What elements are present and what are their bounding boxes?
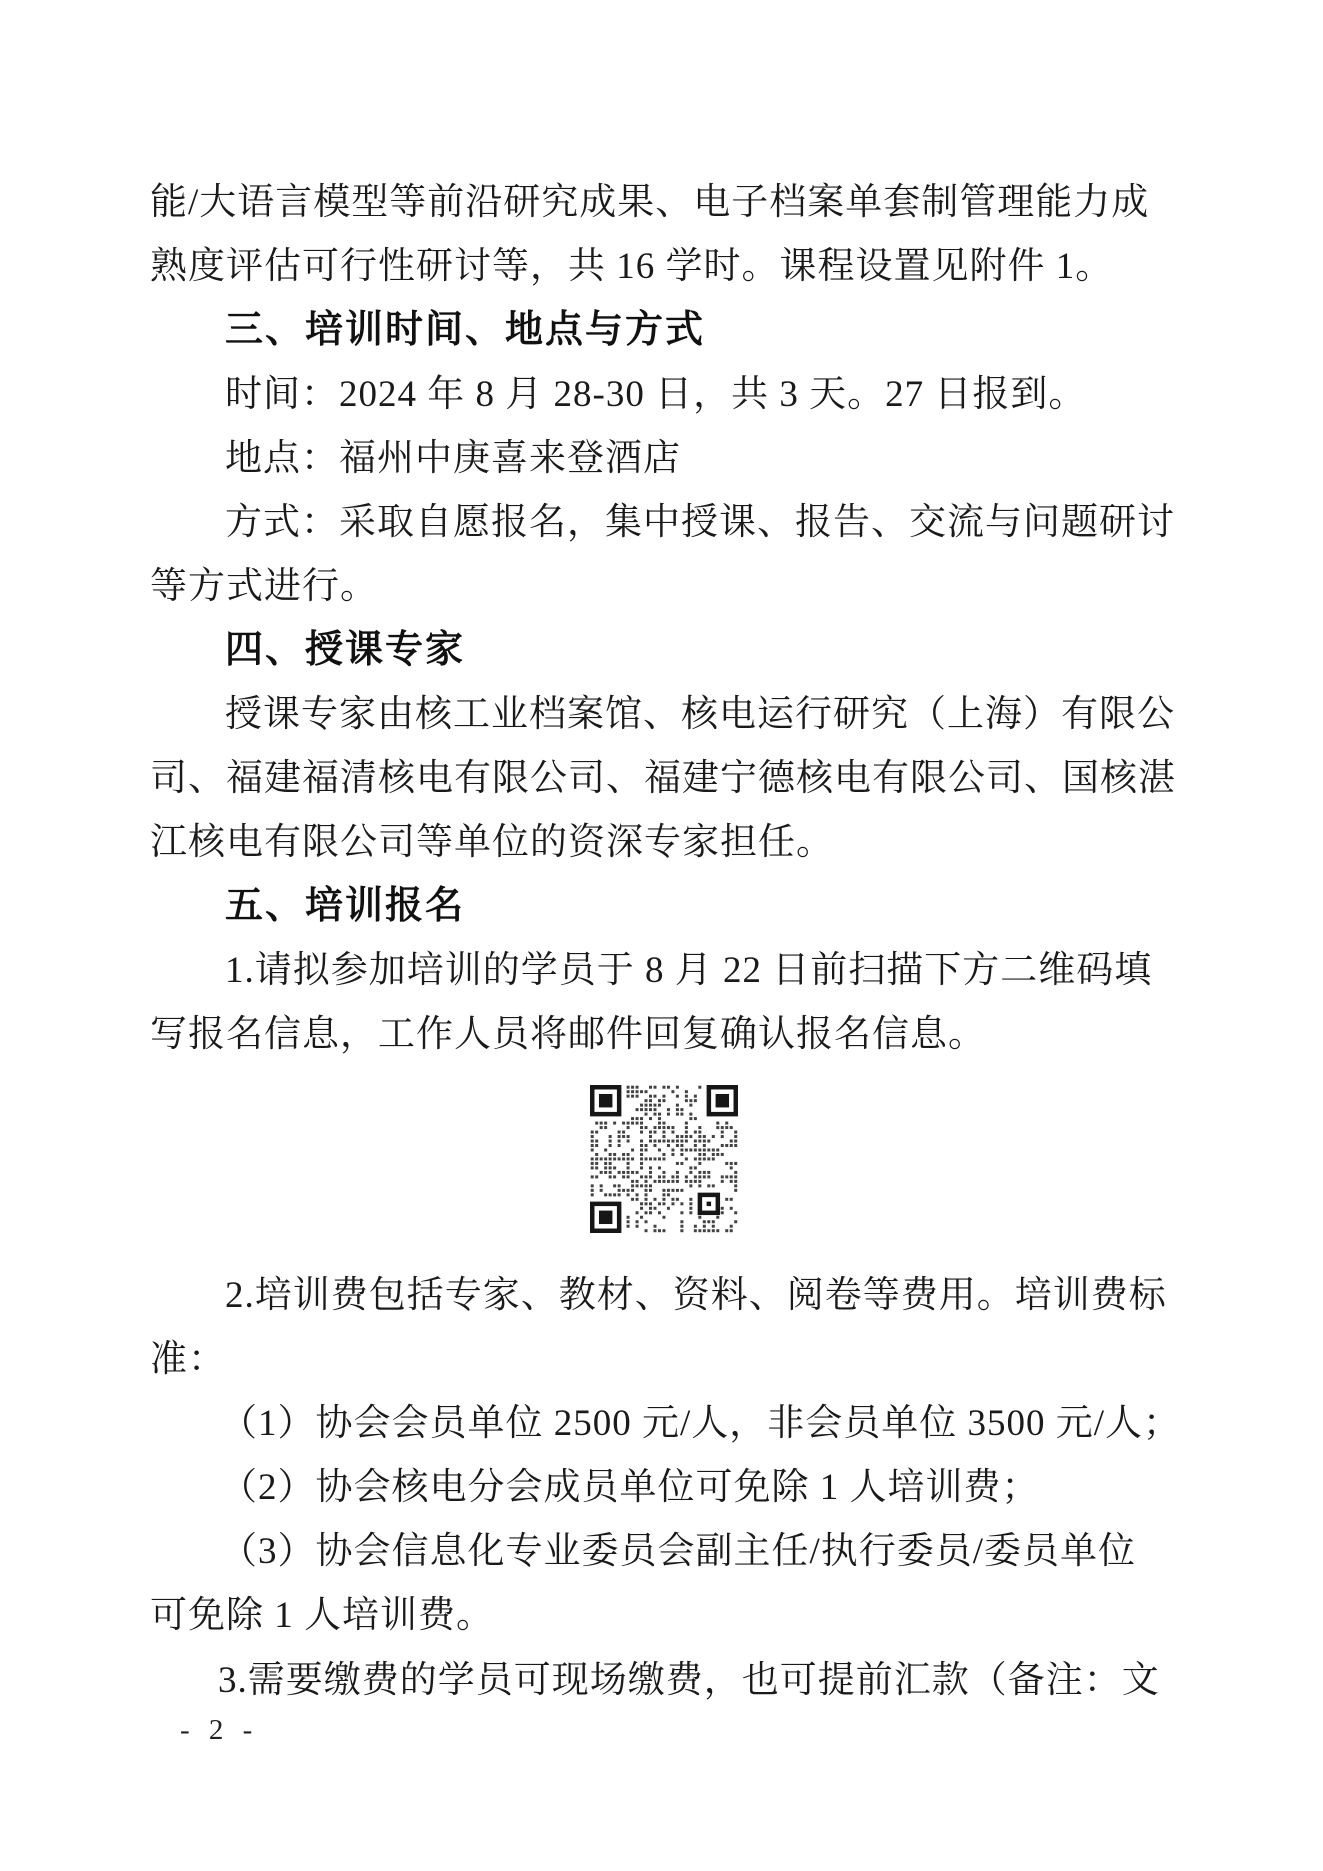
- text-line: 2.培训费包括专家、教材、资料、阅卷等费用。培训费标: [225, 1275, 1167, 1319]
- page-number: - 2 -: [180, 1714, 258, 1747]
- text-line-location: 地点：福州中庚喜来登酒店: [225, 438, 681, 482]
- heading-lecturers: 四、授课专家: [225, 629, 465, 673]
- text-line-fee-item-3: （3）协会信息化专业委员会副主任/执行委员/委员单位: [220, 1531, 1136, 1575]
- text-line-time: 时间：2024 年 8 月 28-30 日，共 3 天。27 日报到。: [225, 374, 1086, 418]
- document-page: 能/大语言模型等前沿研究成果、电子档案单套制管理能力成 熟度评估可行性研讨等，共…: [0, 0, 1323, 1871]
- text-line-fee-item-1: （1）协会会员单位 2500 元/人，非会员单位 3500 元/人；: [220, 1403, 1181, 1447]
- text-line: 熟度评估可行性研讨等，共 16 学时。课程设置见附件 1。: [150, 246, 1113, 290]
- heading-registration: 五、培训报名: [225, 885, 465, 929]
- qr-code-image: [590, 1085, 738, 1233]
- text-line: 等方式进行。: [150, 566, 378, 610]
- text-line: 1.请拟参加培训的学员于 8 月 22 日前扫描下方二维码填: [225, 950, 1152, 994]
- registration-qr-code: [590, 1085, 738, 1233]
- text-line: 江核电有限公司等单位的资深专家担任。: [150, 822, 834, 866]
- text-line: 可免除 1 人培训费。: [150, 1595, 494, 1639]
- text-line: 写报名信息，工作人员将邮件回复确认报名信息。: [150, 1014, 986, 1058]
- text-line-fee-item-2: （2）协会核电分会成员单位可免除 1 人培训费；: [220, 1467, 1040, 1511]
- heading-training-time-location: 三、培训时间、地点与方式: [225, 309, 705, 353]
- text-line: 准：: [150, 1339, 226, 1383]
- text-line: 3.需要缴费的学员可现场缴费，也可提前汇款（备注：文: [218, 1660, 1160, 1704]
- text-line: 能/大语言模型等前沿研究成果、电子档案单套制管理能力成: [150, 182, 1149, 226]
- text-line: 司、福建福清核电有限公司、福建宁德核电有限公司、国核湛: [150, 758, 1176, 802]
- text-line-method: 方式：采取自愿报名，集中授课、报告、交流与问题研讨: [225, 502, 1175, 546]
- text-line: 授课专家由核工业档案馆、核电运行研究（上海）有限公: [225, 694, 1175, 738]
